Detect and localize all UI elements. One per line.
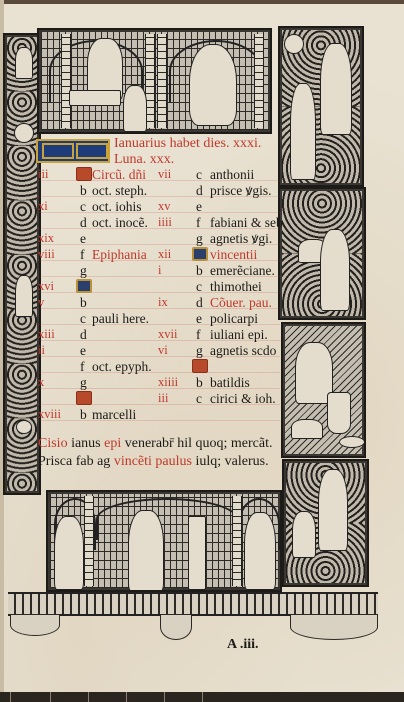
dominical-letter: d xyxy=(80,216,87,230)
feast-name: emerẽciane. xyxy=(210,264,275,278)
man-figure xyxy=(320,43,352,135)
verse-segment: venerabr̄ hil quoq; mercãt. xyxy=(121,436,272,451)
feast-name: Epiphania xyxy=(92,248,147,262)
dominical-letter: c xyxy=(196,280,202,294)
bottom-woodcut-three-men xyxy=(46,490,282,592)
golden-number: xii xyxy=(158,248,171,261)
feast-name: marcelli xyxy=(92,408,136,422)
pendant-center xyxy=(160,614,192,640)
feast-name: vincentii xyxy=(210,248,257,262)
golden-number: xiii xyxy=(38,328,55,341)
golden-number: iii xyxy=(38,168,48,181)
left-border-woodcut xyxy=(3,33,41,495)
feast-name: fabiani & seb xyxy=(210,216,283,230)
golden-number: xiiii xyxy=(158,376,178,389)
illuminated-dominical-letter xyxy=(192,359,208,373)
verse-segment: ianus xyxy=(68,436,105,451)
golden-number: i xyxy=(158,264,161,277)
putto-figure xyxy=(292,511,316,558)
verse-segment: epi xyxy=(104,436,121,451)
right-woodcut-mortar xyxy=(281,322,366,458)
top-edge xyxy=(0,0,404,4)
verse-segment: Cisio xyxy=(38,436,68,451)
top-woodcut-january-scene xyxy=(37,28,272,134)
golden-number: x xyxy=(38,376,44,389)
folio-signature: A .iii. xyxy=(227,637,259,653)
dominical-letter: e xyxy=(196,312,202,326)
flower-ornament xyxy=(14,123,34,143)
dominical-letter: f xyxy=(80,360,85,374)
golden-number: xviii xyxy=(38,408,61,421)
mortar xyxy=(327,392,351,434)
dominical-letter: g xyxy=(196,232,203,246)
month-heading: Ianuarius habet dies. xxxi. xyxy=(114,137,261,151)
dominical-letter: f xyxy=(80,248,85,262)
dominical-letter: b xyxy=(80,296,87,310)
feast-name: Circũ. dñi xyxy=(92,168,146,182)
dominical-letter: e xyxy=(80,344,86,358)
grotesque-figure xyxy=(15,275,33,317)
golden-number: iiii xyxy=(158,216,172,229)
feast-name: Cõuer. pau. xyxy=(210,296,272,310)
dominical-letter: b xyxy=(196,264,203,278)
illuminated-dominical-letter xyxy=(192,247,208,261)
small-animal xyxy=(291,419,323,439)
golden-number: viii xyxy=(38,248,55,261)
right-woodcut-couple xyxy=(278,26,364,187)
dominical-letter: g xyxy=(80,376,87,390)
feast-name: pauli here. xyxy=(92,312,149,326)
dominical-letter: d xyxy=(196,296,203,310)
dominical-letter: c xyxy=(80,312,86,326)
golden-number: xv xyxy=(158,200,171,213)
dominical-letter: d xyxy=(196,184,203,198)
servant-figure xyxy=(123,85,147,132)
illuminated-dominical-letter xyxy=(76,167,92,181)
golden-number: xix xyxy=(38,232,54,245)
right-woodcut-nudes xyxy=(282,459,369,587)
verse-segment: iulq; valerus. xyxy=(192,454,269,469)
dominical-letter: b xyxy=(196,376,203,390)
golden-number: vi xyxy=(158,344,168,357)
dominical-letter: c xyxy=(80,200,86,214)
book-page: Ianuarius habet dies. xxxi. Luna. xxx. i… xyxy=(0,0,404,693)
golden-number: xvi xyxy=(38,280,54,293)
dominical-letter: b xyxy=(80,408,87,422)
dominical-letter: g xyxy=(80,264,87,278)
golden-number: ii xyxy=(38,344,45,357)
grotesque-figure xyxy=(320,229,350,311)
feast-name: agnetis ꝟgi. xyxy=(210,232,272,246)
woman-figure xyxy=(290,83,316,180)
illuminated-dominical-letter xyxy=(76,279,92,293)
golden-number: vii xyxy=(158,168,171,181)
verse-segment: Prisca fab ag xyxy=(38,454,114,469)
illuminated-dominical-letter xyxy=(76,391,92,405)
golden-number: v xyxy=(38,296,44,309)
tower xyxy=(188,516,206,590)
nude-figure xyxy=(189,44,237,126)
dominical-letter: c xyxy=(196,392,202,406)
grotesque-figure xyxy=(15,47,33,79)
feast-name: thimothei xyxy=(210,280,262,294)
verse-segment: vincẽti paulus xyxy=(114,454,192,469)
dominical-letter: f xyxy=(196,328,201,342)
dominical-letter: d xyxy=(80,328,87,342)
fruit-ornament xyxy=(16,420,32,434)
dominical-letter: c xyxy=(196,168,202,182)
dominical-letter: f xyxy=(196,216,201,230)
feast-name: oct. inocẽ. xyxy=(92,216,148,230)
dominical-letter: e xyxy=(80,232,86,246)
feast-name: anthonii xyxy=(210,168,254,182)
dominical-letter: e xyxy=(196,200,202,214)
dominical-letter: b xyxy=(80,184,87,198)
feast-name: batildis xyxy=(210,376,250,390)
bearded-man-right xyxy=(244,512,276,590)
feast-name: oct. steph. xyxy=(92,184,147,198)
luna-line: Luna. xxx. xyxy=(114,153,174,167)
bearded-man-center xyxy=(128,510,164,592)
feast-name: cirici & ioh. xyxy=(210,392,276,406)
feast-name: agnetis scdo xyxy=(210,344,276,358)
background-surface xyxy=(0,692,404,702)
pendant-face-right xyxy=(290,614,378,640)
feast-name: iuliani epi. xyxy=(210,328,268,342)
feast-name: oct. iohis xyxy=(92,200,142,214)
nude-figure xyxy=(318,469,348,551)
bowl xyxy=(339,436,365,448)
dominical-letter: g xyxy=(196,344,203,358)
golden-number: xvii xyxy=(158,328,177,341)
kl-illuminated-initial xyxy=(36,139,110,163)
bearded-man-left xyxy=(54,516,84,590)
sun-flower-ornament xyxy=(284,34,304,54)
golden-number: xi xyxy=(38,200,48,213)
right-woodcut-grotesque xyxy=(278,187,366,320)
golden-number: iii xyxy=(158,392,168,405)
cisiojanus-line-1: Cisio ianus epi venerabr̄ hil quoq; merc… xyxy=(38,437,272,451)
feast-name: policarpi xyxy=(210,312,258,326)
golden-number: ix xyxy=(158,296,168,309)
pendant-rosette-left xyxy=(10,614,60,636)
feast-name: oct. epyph. xyxy=(92,360,152,374)
table xyxy=(69,90,121,106)
cisiojanus-line-2: Prisca fab ag vincẽti paulus iulq; valer… xyxy=(38,455,269,469)
feast-name: prisce ꝟgis. xyxy=(210,184,272,198)
ornamental-cornice xyxy=(8,592,378,616)
